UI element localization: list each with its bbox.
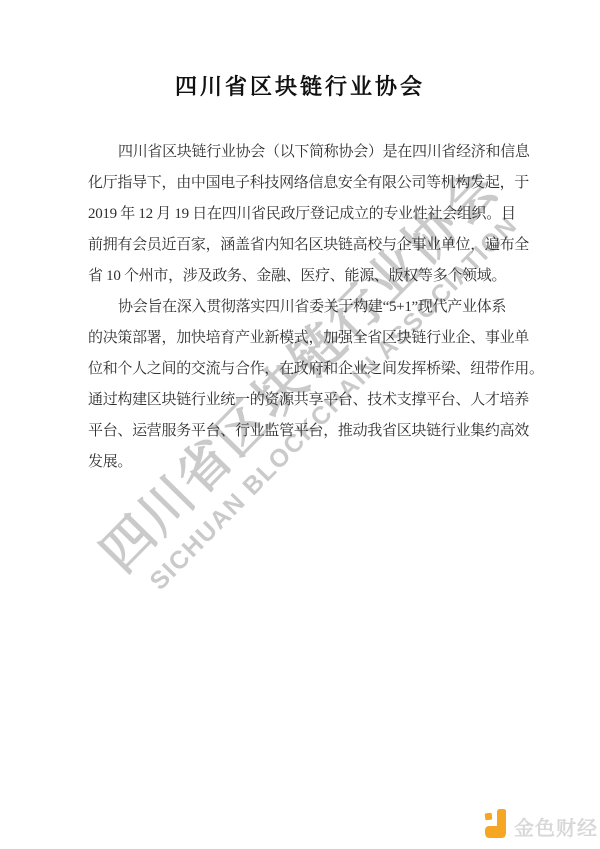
paragraph-2-line: 平台、运营服务平台、行业监管平台，推动我省区块链行业集约高效 (88, 416, 520, 447)
paragraph-2-line: 协会旨在深入贯彻落实四川省委关于构建“5+1”现代产业体系 (88, 292, 520, 323)
document-body: 四川省区块链行业协会（以下简称协会）是在四川省经济和信息 化厅指导下，由中国电子… (88, 137, 520, 478)
paragraph-1-line: 四川省区块链行业协会（以下简称协会）是在四川省经济和信息 (88, 137, 520, 168)
paragraph-2-line: 的决策部署，加快培育产业新模式，加强全省区块链行业企、事业单 (88, 323, 520, 354)
jinse-logo-text: 金色财经 (514, 812, 598, 841)
jinse-finance-logo: 金色财经 (483, 807, 598, 845)
document-title: 四川省区块链行业协会 (0, 70, 600, 101)
paragraph-2-line: 位和个人之间的交流与合作，在政府和企业之间发挥桥梁、纽带作用。 (88, 354, 520, 385)
paragraph-2-line: 发展。 (88, 447, 520, 478)
paragraph-2-line: 通过构建区块链行业统一的资源共享平台、技术支撑平台、人才培养 (88, 385, 520, 416)
paragraph-1-line: 前拥有会员近百家，涵盖省内知名区块链高校与企事业单位，遍布全 (88, 230, 520, 261)
paragraph-1-line: 省 10 个州市，涉及政务、金融、医疗、能源、版权等多个领域。 (88, 261, 520, 292)
jinse-logo-icon (483, 807, 508, 845)
paragraph-1-line: 2019 年 12 月 19 日在四川省民政厅登记成立的专业性社会组织。目 (88, 199, 520, 230)
paragraph-1-line: 化厅指导下，由中国电子科技网络信息安全有限公司等机构发起，于 (88, 168, 520, 199)
document-page: 四川省区块链行业协会 SICHUAN BLOCKCHAIN ASSOCIATIO… (0, 0, 600, 849)
